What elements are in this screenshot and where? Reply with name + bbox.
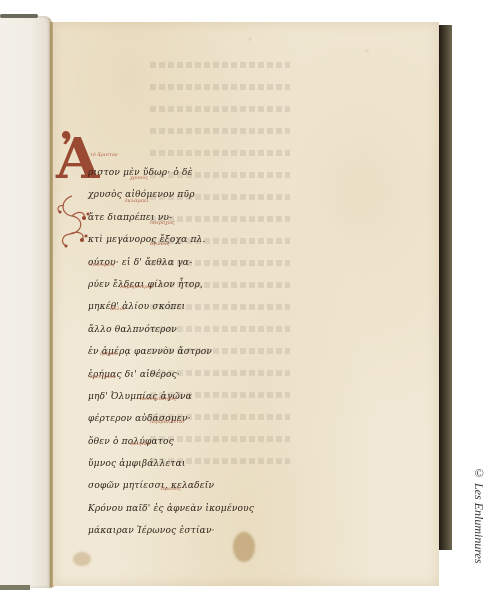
left-leaf-edge-bottom bbox=[0, 585, 30, 590]
copyright-credit: © Les Enluminures bbox=[470, 466, 486, 586]
interlinear-gloss: κρείττονα bbox=[90, 374, 116, 380]
text-line: ρύεν ἔλδεαι φίλον ἦτορ, bbox=[88, 274, 238, 296]
left-leaf bbox=[0, 16, 52, 588]
stain bbox=[249, 38, 251, 40]
text-line: ριστον μὲν ὕδωρ· ὁ δὲ bbox=[88, 162, 238, 184]
text-line: χρυσὸς αἰθόμενον πῦρ bbox=[88, 184, 238, 206]
text-line: ὅθεν ὁ πολύφατος bbox=[88, 431, 238, 453]
text-line: ὕμνος ἀμφιβάλλεται bbox=[88, 453, 238, 475]
interlinear-gloss: ἐκλάμπει bbox=[125, 198, 149, 204]
interlinear-gloss: ἀγῶνας bbox=[150, 241, 170, 247]
interlinear-gloss: ὑπερόχως bbox=[150, 220, 175, 226]
left-leaf-edge-top bbox=[0, 14, 38, 18]
interlinear-gloss: ποιητῶν bbox=[130, 441, 151, 447]
interlinear-gloss: χρυσὸς bbox=[130, 175, 148, 181]
interlinear-gloss: τὸ ἄριστον bbox=[90, 152, 118, 158]
interlinear-gloss: πολυθρύλητος bbox=[140, 396, 176, 402]
interlinear-gloss: Ἱέρωνος bbox=[160, 486, 181, 492]
interlinear-gloss: ἐπιθυμεῖς bbox=[90, 262, 115, 268]
text-line: μάκαιραν Ἱέρωνος ἑστίαν· bbox=[88, 520, 238, 542]
stain bbox=[73, 552, 91, 566]
text-line: ἄλλο θαλπνότερον bbox=[88, 319, 238, 341]
interlinear-gloss: ἐρήμου bbox=[100, 351, 118, 357]
interlinear-gloss: περιβάλλεται bbox=[150, 419, 184, 425]
text-line: Κρόνου παῖδ' ἐς ἀφνεὰν ἱκομένους bbox=[88, 498, 238, 520]
illuminated-initial: Ἀ bbox=[56, 128, 84, 190]
interlinear-gloss: λαμπρότερον bbox=[120, 284, 153, 290]
interlinear-gloss: ἄλλον bbox=[110, 306, 126, 312]
stain bbox=[366, 50, 368, 52]
cover-edge-right bbox=[439, 25, 452, 550]
